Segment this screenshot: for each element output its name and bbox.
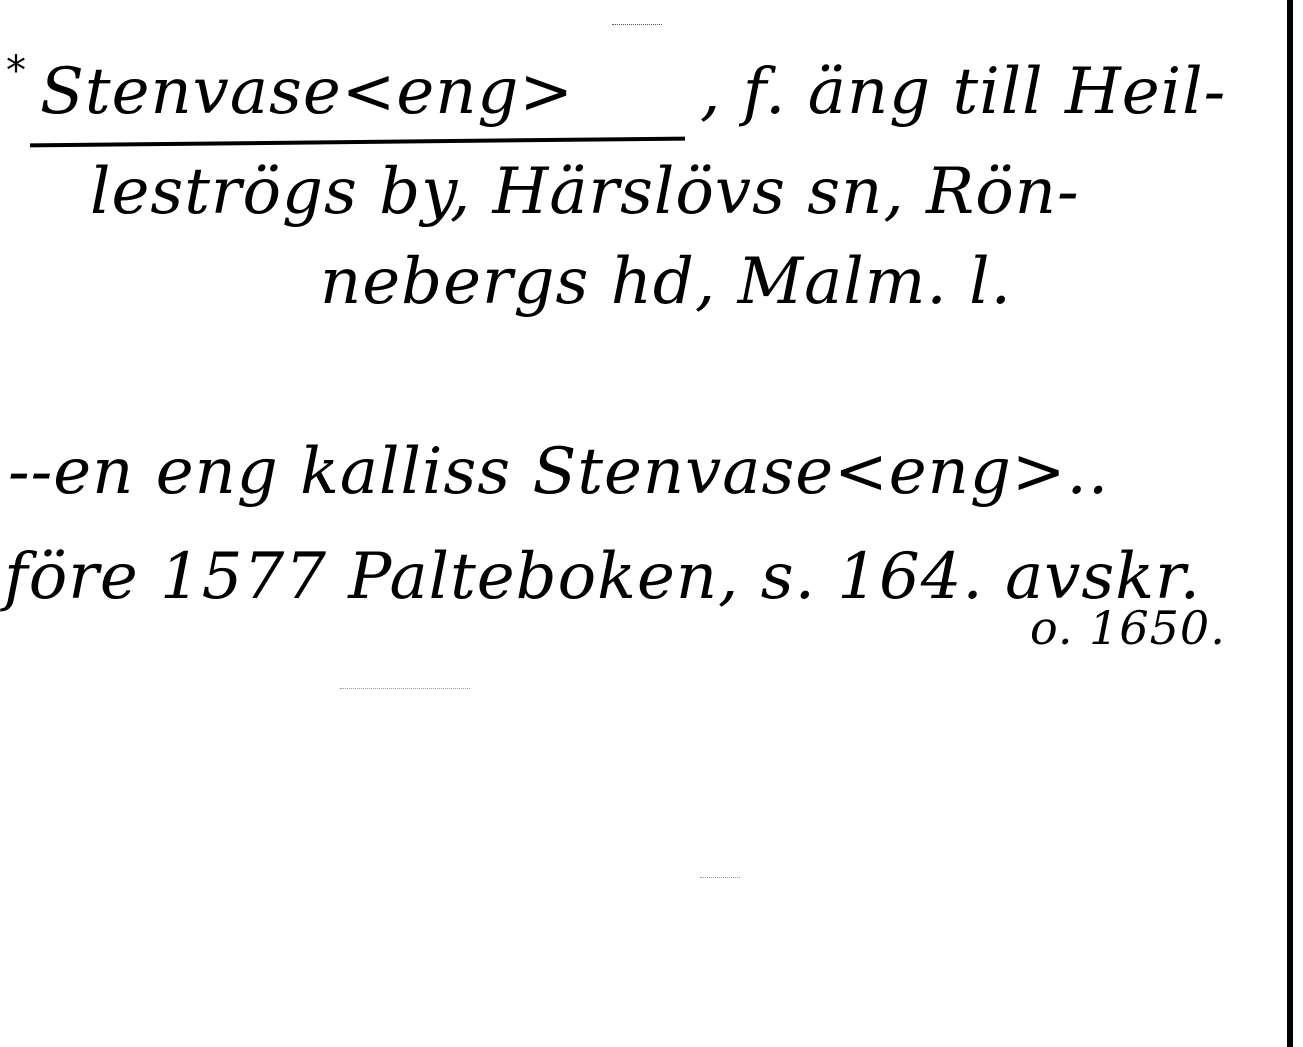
citation-line-1: --en eng kalliss Stenvase<eng>.. bbox=[8, 440, 1109, 504]
asterisk-marker: * bbox=[6, 48, 26, 94]
headword-underline bbox=[30, 137, 685, 148]
scan-artifact bbox=[340, 688, 470, 689]
definition-line-1: , f. äng till Heil- bbox=[700, 60, 1226, 124]
citation-line-2: före 1577 Palteboken, s. 164. avskr. bbox=[4, 545, 1201, 609]
card-edge bbox=[1287, 0, 1293, 1047]
archive-card: * Stenvase<eng> , f. äng till Heil- lest… bbox=[0, 0, 1303, 1047]
scan-mark bbox=[612, 24, 662, 27]
definition-line-3: nebergs hd, Malm. l. bbox=[320, 250, 1012, 314]
headword: Stenvase<eng> bbox=[40, 60, 574, 124]
scan-artifact bbox=[700, 877, 740, 878]
definition-line-2: leströgs by, Härslövs sn, Rön- bbox=[90, 160, 1080, 224]
citation-date: o. 1650. bbox=[1030, 605, 1226, 651]
